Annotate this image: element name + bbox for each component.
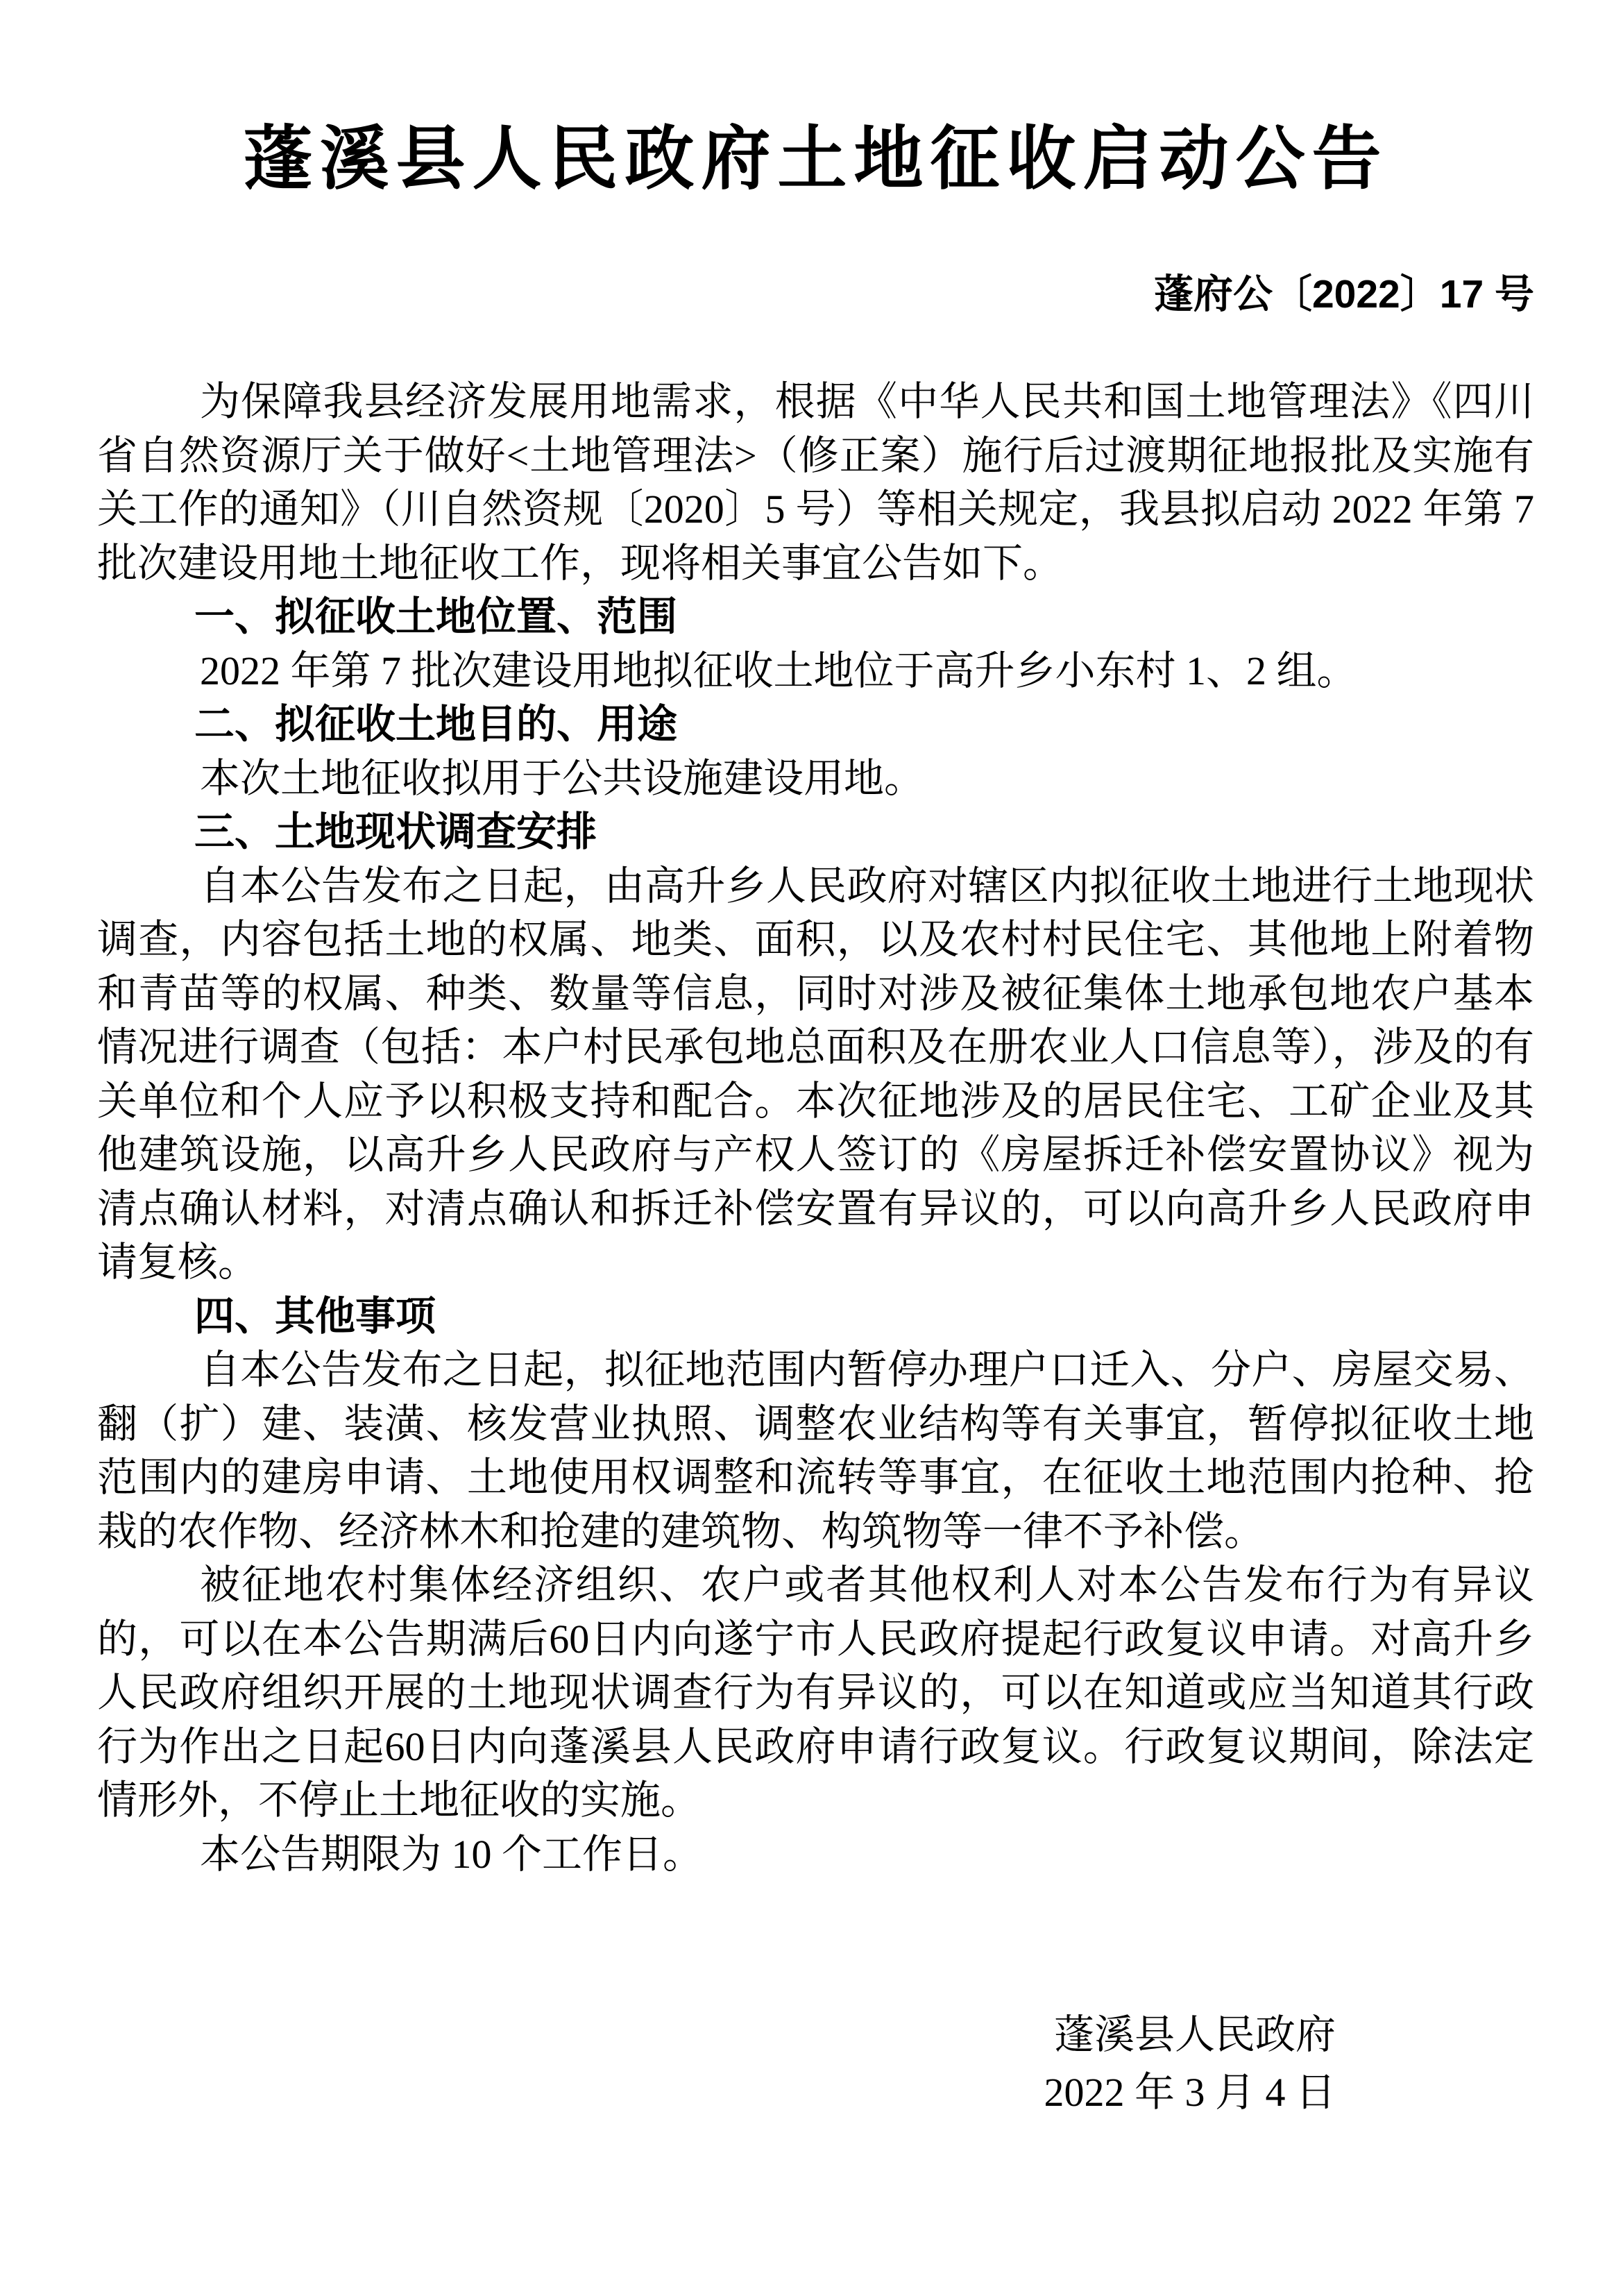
section-4-paragraph-2: 被征地农村集体经济组织、农户或者其他权利人对本公告发布行为有异议的，可以在本公告… — [97, 1558, 1534, 1827]
section-3-heading: 三、土地现状调查安排 — [97, 805, 1534, 859]
signature-date: 2022 年 3 月 4 日 — [97, 2063, 1336, 2121]
section-4-heading: 四、其他事项 — [97, 1290, 1534, 1344]
signature-issuer: 蓬溪县人民政府 — [97, 2006, 1336, 2063]
intro-paragraph: 为保障我县经济发展用地需求，根据《中华人民共和国土地管理法》《四川省自然资源厅关… — [97, 375, 1534, 590]
section-3-paragraph: 自本公告发布之日起，由高升乡人民政府对辖区内拟征收土地进行土地现状调查，内容包括… — [97, 859, 1534, 1290]
document-body: 为保障我县经济发展用地需求，根据《中华人民共和国土地管理法》《四川省自然资源厅关… — [97, 375, 1534, 1881]
section-2-paragraph: 本次土地征收拟用于公共设施建设用地。 — [97, 752, 1534, 806]
section-4-paragraph-3: 本公告期限为 10 个工作日。 — [97, 1827, 1534, 1882]
section-1-paragraph: 2022 年第 7 批次建设用地拟征收土地位于高升乡小东村 1、2 组。 — [97, 644, 1534, 698]
announcement-page: 蓬溪县人民政府土地征收启动公告 蓬府公〔2022〕17 号 为保障我县经济发展用… — [0, 0, 1623, 2296]
signature-block: 蓬溪县人民政府 2022 年 3 月 4 日 — [97, 2006, 1534, 2121]
document-number: 蓬府公〔2022〕17 号 — [97, 267, 1534, 321]
section-2-heading: 二、拟征收土地目的、用途 — [97, 698, 1534, 752]
section-4-paragraph-1: 自本公告发布之日起，拟征地范围内暂停办理户口迁入、分户、房屋交易、翻（扩）建、装… — [97, 1343, 1534, 1558]
section-1-heading: 一、拟征收土地位置、范围 — [97, 590, 1534, 644]
document-title: 蓬溪县人民政府土地征收启动公告 — [97, 104, 1534, 215]
